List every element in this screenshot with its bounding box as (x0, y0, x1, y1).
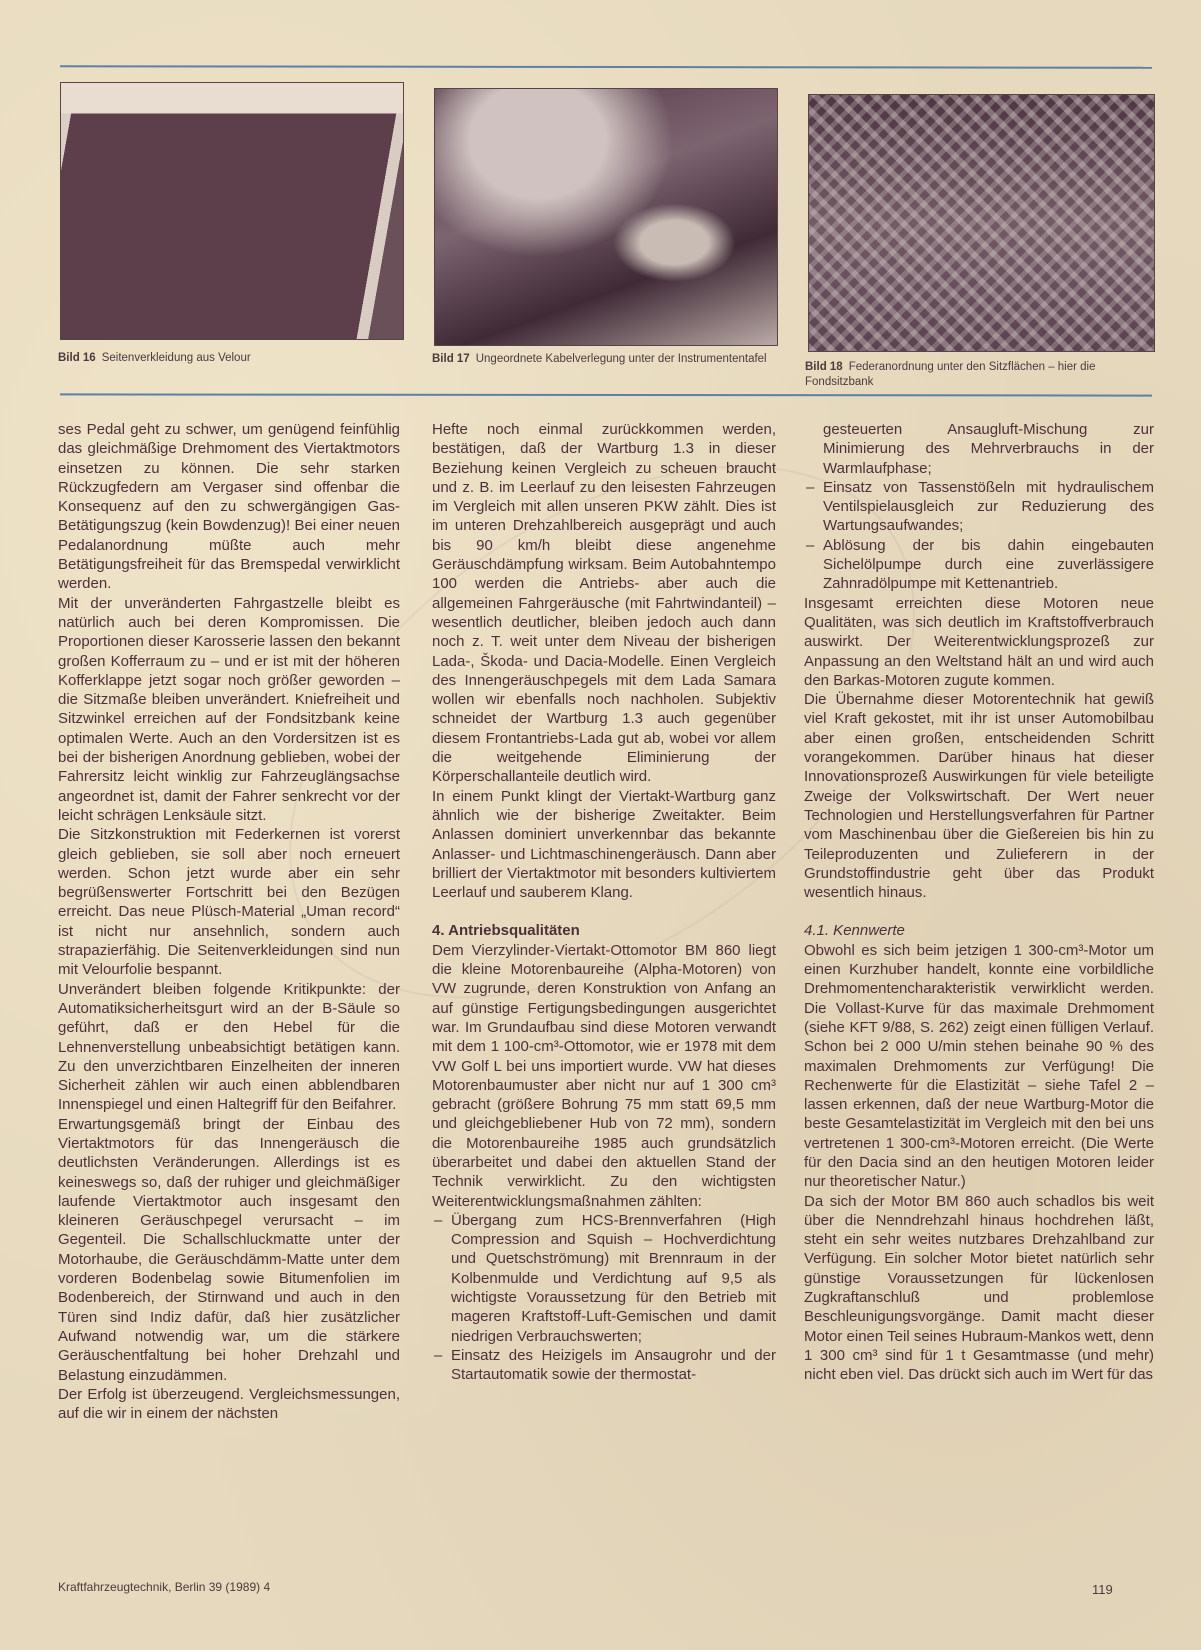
list-item: Einsatz von Tassenstößeln mit hydraulisc… (804, 478, 1154, 536)
text-column-3: gesteuerten Ansaugluft-Mischung zur Mini… (804, 420, 1154, 1385)
paragraph: Da sich der Motor BM 860 auch schadlos b… (804, 1192, 1154, 1385)
figure-label: Bild 17 (432, 353, 470, 365)
page-number: 119 (1092, 1582, 1113, 1597)
paragraph: ses Pedal geht zu schwer, um genügend fe… (58, 420, 400, 594)
figure-label: Bild 18 (805, 361, 843, 373)
figure-label: Bild 16 (58, 352, 96, 364)
figure-caption-text: Ungeordnete Kabelverlegung unter der Ins… (476, 353, 767, 365)
paragraph: Mit der unveränderten Fahrgastzelle blei… (58, 594, 400, 826)
top-rule (60, 65, 1152, 69)
journal-citation: Kraftfahrzeugtechnik, Berlin 39 (1989) 4 (58, 1580, 270, 1594)
paragraph: In einem Punkt klingt der Viertakt-Wartb… (432, 787, 776, 903)
figure-caption-17: Bild 17Ungeordnete Kabelverlegung unter … (432, 352, 777, 367)
paragraph: Die Übernahme dieser Motorentechnik hat … (804, 690, 1154, 902)
caption-rule (60, 393, 1152, 396)
subsection-heading: 4.1. Kennwerte (804, 921, 1154, 940)
paragraph: Dem Vierzylinder-Viertakt-Ottomotor BM 8… (432, 941, 776, 1211)
paragraph: Insgesamt erreichten diese Motoren neue … (804, 594, 1154, 690)
measures-list: Übergang zum HCS-Brennverfahren (High Co… (432, 1211, 776, 1385)
paragraph: Erwartungsgemäß bringt der Einbau des Vi… (58, 1115, 400, 1385)
figure-caption-18: Bild 18Federanordnung unter den Sitzfläc… (805, 360, 1155, 390)
section-heading: 4. Antriebsqualitäten (432, 921, 776, 940)
paragraph: Unverändert bleiben folgende Kritikpunkt… (58, 980, 400, 1115)
figure-caption-16: Bild 16Seitenverkleidung aus Velour (58, 351, 398, 366)
photo-seat-springs (808, 94, 1155, 352)
photo-door-panel-velour (60, 82, 404, 340)
figure-caption-text: Federanordnung unter den Sitzflächen – h… (805, 361, 1096, 388)
photo-cable-routing (434, 88, 778, 346)
text-column-1: ses Pedal geht zu schwer, um genügend fe… (58, 420, 400, 1423)
measures-list-continued: Einsatz von Tassenstößeln mit hydraulisc… (804, 478, 1154, 594)
list-item: Ablösung der bis dahin eingebauten Siche… (804, 536, 1154, 594)
paragraph: Hefte noch einmal zurückkommen werden, b… (432, 420, 776, 787)
paragraph: Die Sitzkonstruktion mit Federkernen ist… (58, 825, 400, 979)
paragraph: Der Erfolg ist überzeugend. Vergleichsme… (58, 1385, 400, 1424)
text-column-2: Hefte noch einmal zurückkommen werden, b… (432, 420, 776, 1385)
paragraph: Obwohl es sich beim jetzigen 1 300-cm³-M… (804, 941, 1154, 1192)
list-item: Einsatz des Heizigels im Ansaugrohr und … (432, 1346, 776, 1385)
list-item: Übergang zum HCS-Brennverfahren (High Co… (432, 1211, 776, 1346)
list-item-continuation: gesteuerten Ansaugluft-Mischung zur Mini… (804, 420, 1154, 478)
figure-caption-text: Seitenverkleidung aus Velour (102, 352, 251, 364)
